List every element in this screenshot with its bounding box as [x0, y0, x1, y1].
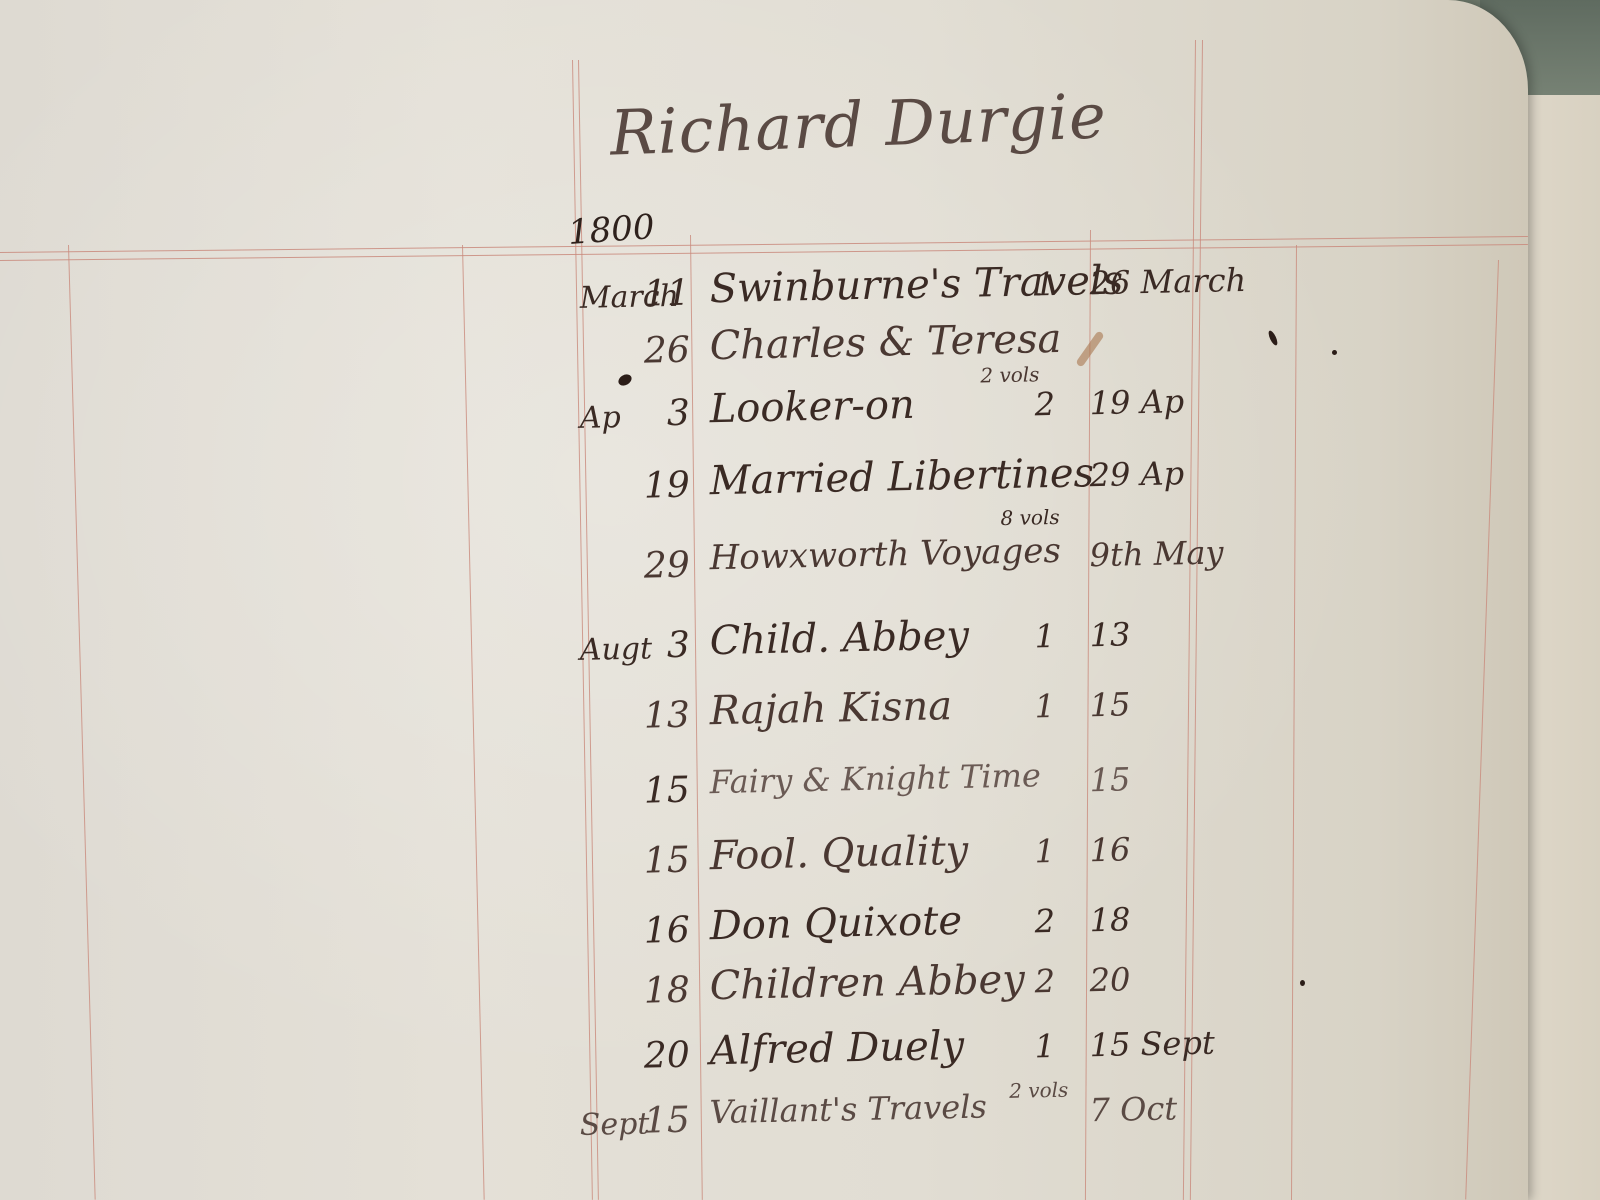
entry-day: 16: [629, 910, 690, 952]
entry-day: 19: [629, 465, 690, 507]
entry-vols: 1: [1034, 617, 1055, 655]
entry-returned: 15: [1089, 685, 1131, 724]
entry-vols: 2: [1034, 962, 1055, 1000]
entry-returned: 15 Sept: [1089, 1024, 1215, 1065]
entry-vols: 1: [1034, 265, 1055, 303]
entry-returned: 9th May: [1089, 533, 1224, 574]
entry-returned: 15: [1089, 760, 1131, 799]
entry-vols: 2: [1034, 385, 1055, 423]
entry-day: 18: [629, 970, 690, 1012]
entry-vols: 1: [1034, 1027, 1055, 1065]
entry-title: Don Quixote: [709, 898, 962, 949]
entry-returned: 7 Oct: [1089, 1089, 1177, 1129]
entry-title: Married Libertines: [709, 450, 1094, 504]
ledger-entry: 13 Rajah Kisna 1 15: [579, 683, 1240, 767]
ink-blot: [1300, 980, 1305, 986]
entry-title: Fairy & Knight Time: [709, 756, 1041, 801]
column-rule: [1291, 245, 1297, 1200]
entry-note: 2 vols: [980, 362, 1040, 387]
entry-title: Rajah Kisna: [709, 683, 952, 734]
entry-title: Looker-on: [709, 382, 915, 432]
ledger-entry: 29 Howxworth Voyages 9th May: [579, 533, 1240, 617]
header-rule: [0, 244, 1528, 261]
entry-day: 15: [629, 770, 690, 812]
entry-title: Swinburne's Travels: [709, 258, 1123, 313]
ledger-year: 1800: [567, 207, 656, 253]
entry-note: 8 vols: [1000, 505, 1060, 530]
ink-blot: [1332, 350, 1337, 355]
entry-title: Children Abbey: [709, 957, 1025, 1010]
entry-vols: 2: [1034, 902, 1055, 940]
entry-returned: 29 Ap: [1089, 454, 1184, 494]
entry-day: 13: [629, 695, 690, 737]
entry-day: 11: [629, 273, 690, 315]
entry-vols: 1: [1034, 687, 1055, 725]
entry-title: Charles & Teresa: [709, 316, 1062, 369]
entry-title: Alfred Duely: [709, 1023, 964, 1074]
entry-day: 3: [629, 393, 690, 435]
entry-title: Fool. Quality: [709, 828, 969, 879]
entry-returned: 18: [1089, 900, 1131, 939]
entry-title: Vaillant's Travels: [709, 1087, 987, 1131]
entry-day: 15: [629, 840, 690, 882]
entry-day: 26: [629, 330, 690, 372]
entry-returned: 20: [1089, 960, 1131, 999]
header-rule: [0, 236, 1528, 253]
entry-returned: 16: [1089, 830, 1131, 869]
entry-month: Ap: [579, 400, 621, 436]
column-rule: [68, 245, 96, 1200]
ledger-entry: Sept 15 Vaillant's Travels 2 vols 7 Oct: [579, 1088, 1240, 1172]
column-rule: [1465, 260, 1499, 1199]
entry-day: 3: [629, 625, 690, 667]
borrower-name: Richard Durgie: [609, 79, 1108, 169]
ink-blot: [1267, 329, 1279, 346]
ledger-entry: Ap 3 Looker-on 2 19 Ap: [579, 381, 1240, 465]
entry-title: Child. Abbey: [709, 613, 969, 664]
column-rule: [462, 245, 485, 1200]
entry-day: 29: [629, 545, 690, 587]
entry-day: 20: [629, 1035, 690, 1077]
entry-title: Howxworth Voyages: [709, 531, 1061, 578]
entry-note: 2 vols: [1009, 1078, 1069, 1103]
entry-day: 15: [629, 1100, 690, 1142]
entry-returned: 13: [1089, 615, 1131, 654]
ledger-page: Richard Durgie 1800 March 11 Swinburne's…: [0, 0, 1528, 1200]
entry-returned: 19 Ap: [1089, 382, 1184, 422]
entry-returned: 26 March: [1089, 261, 1246, 302]
entry-vols: 1: [1034, 832, 1055, 870]
ledger-entry: 19 Married Libertines 8 vols 29 Ap: [579, 453, 1240, 537]
